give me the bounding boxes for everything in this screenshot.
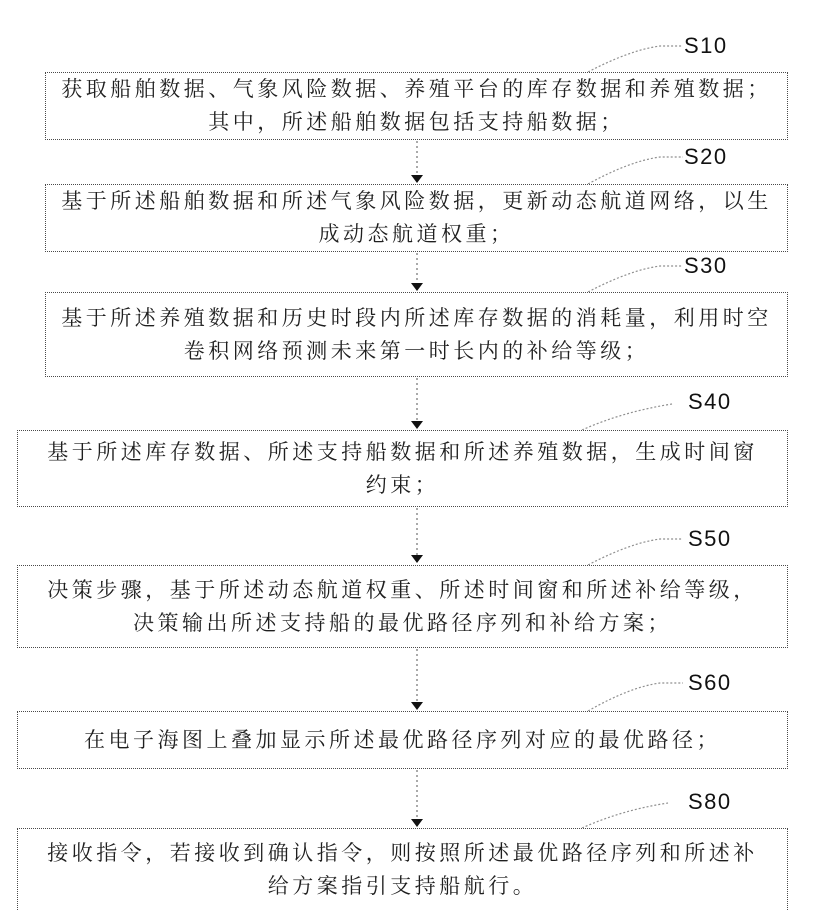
step-text-line: 基于所述船舶数据和所述气象风险数据，更新动态航道网络，以生 (61, 185, 772, 218)
step-text-line: 接收指令，若接收到确认指令，则按照所述最优路径序列和所述补 (47, 837, 758, 870)
flow-arrow-5 (411, 649, 423, 710)
step-box-s50: 决策步骤，基于所述动态航道权重、所述时间窗和所述补给等级， 决策输出所述支持船的… (17, 565, 788, 648)
step-text-line: 在电子海图上叠加显示所述最优路径序列对应的最优路径； (84, 724, 721, 757)
flow-arrow-3 (411, 378, 423, 429)
step-label-s40: S40 (688, 389, 758, 415)
leader-line-s40 (582, 404, 672, 430)
leader-line-s50 (588, 539, 683, 565)
flow-arrow-4 (411, 508, 423, 563)
step-text-line: 基于所述养殖数据和历史时段内所述库存数据的消耗量，利用时空 (61, 302, 772, 335)
step-text-line: 给方案指引支持船航行。 (268, 870, 538, 903)
step-box-s20: 基于所述船舶数据和所述气象风险数据，更新动态航道网络，以生 成动态航道权重； (45, 184, 788, 252)
down-arrowhead-icon (411, 702, 423, 710)
down-arrowhead-icon (411, 555, 423, 563)
leader-line-s20 (588, 157, 683, 184)
step-text-line: 获取船舶数据、气象风险数据、养殖平台的库存数据和养殖数据； (61, 73, 772, 106)
flow-arrow-2 (411, 253, 423, 291)
down-arrowhead-icon (411, 175, 423, 183)
step-text-line: 成动态航道权重； (319, 218, 515, 251)
patent-flowchart-figure: S10 S20 S30 S40 S50 S60 S80 获取船舶数据、气象风险数… (0, 0, 837, 911)
leader-line-s80 (582, 803, 668, 828)
step-label-s60: S60 (688, 670, 758, 696)
down-arrowhead-icon (411, 283, 423, 291)
step-text-line: 其中，所述船舶数据包括支持船数据； (208, 106, 625, 139)
step-text-line: 基于所述库存数据、所述支持船数据和所述养殖数据，生成时间窗 (47, 436, 758, 469)
leader-line-s60 (588, 683, 683, 711)
step-text-line: 决策步骤，基于所述动态航道权重、所述时间窗和所述补给等级， (47, 574, 758, 607)
step-label-s30: S30 (684, 253, 754, 279)
step-box-s60: 在电子海图上叠加显示所述最优路径序列对应的最优路径； (17, 711, 788, 769)
step-box-s30: 基于所述养殖数据和历史时段内所述库存数据的消耗量，利用时空 卷积网络预测未来第一… (45, 292, 788, 377)
leader-line-s30 (588, 266, 683, 292)
down-arrowhead-icon (411, 819, 423, 827)
step-box-s80: 接收指令，若接收到确认指令，则按照所述最优路径序列和所述补 给方案指引支持船航行… (17, 828, 788, 911)
step-text-line: 约束； (366, 469, 440, 502)
flow-arrow-6 (411, 770, 423, 827)
step-box-s10: 获取船舶数据、气象风险数据、养殖平台的库存数据和养殖数据； 其中，所述船舶数据包… (45, 72, 788, 140)
step-label-s20: S20 (684, 144, 754, 170)
step-text-line: 决策输出所述支持船的最优路径序列和补给方案； (133, 607, 672, 640)
down-arrowhead-icon (411, 421, 423, 429)
leader-line-s10 (588, 46, 683, 72)
step-text-line: 卷积网络预测未来第一时长内的补给等级； (184, 335, 650, 368)
step-box-s40: 基于所述库存数据、所述支持船数据和所述养殖数据，生成时间窗 约束； (17, 430, 788, 507)
step-label-s10: S10 (684, 33, 754, 59)
flow-arrow-1 (411, 141, 423, 183)
step-label-s50: S50 (688, 526, 758, 552)
step-label-s80: S80 (688, 789, 758, 815)
